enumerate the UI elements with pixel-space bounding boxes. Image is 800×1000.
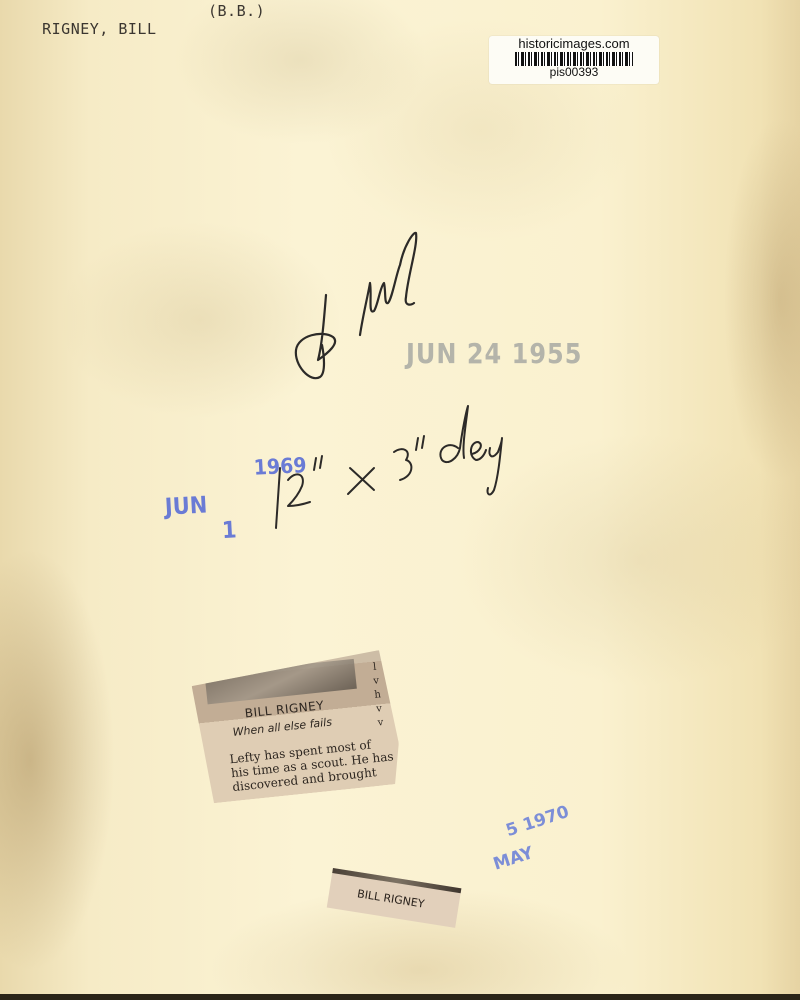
date-stamp-1970: MAY 5 1970: [462, 824, 548, 920]
typed-category: (B.B.): [208, 2, 265, 20]
stamp-day: 5: [503, 818, 520, 841]
clipping-photo-strip: [332, 868, 461, 893]
handwritten-size-note: [262, 398, 532, 538]
barcode-icon: [515, 52, 633, 66]
photo-back-paper: RIGNEY, BILL (B.B.) historicimages.com p…: [0, 0, 800, 996]
stamp-year: 1970: [520, 802, 571, 836]
sticker-code: pis00393: [489, 66, 659, 79]
clipping-body: Lefty has spent most of his time as a sc…: [229, 735, 396, 794]
typed-name: RIGNEY, BILL: [42, 20, 156, 38]
clipping-side-text: l v h v v: [368, 660, 387, 731]
date-stamp-1969: JUN 1 1969: [134, 465, 213, 601]
stamp-month: JUN: [164, 492, 208, 521]
stamp-month: MAY: [491, 843, 536, 875]
clipping-photo: [205, 659, 357, 705]
stamp-day: 1: [221, 516, 237, 543]
clipping-name: BILL RIGNEY: [356, 887, 425, 910]
newspaper-clipping-1: BILL RIGNEY When all else fails Lefty ha…: [190, 649, 403, 804]
barcode-sticker: historicimages.com pis00393: [489, 36, 659, 84]
typed-label: RIGNEY, BILL (B.B.): [4, 2, 157, 74]
date-stamp-1955: JUN 24 1955: [406, 338, 582, 370]
newspaper-clipping-2: BILL RIGNEY: [327, 868, 462, 928]
sticker-site: historicimages.com: [489, 37, 659, 51]
stamp-day-year: 5 1970: [503, 802, 571, 841]
paper-edge: [0, 994, 800, 1000]
